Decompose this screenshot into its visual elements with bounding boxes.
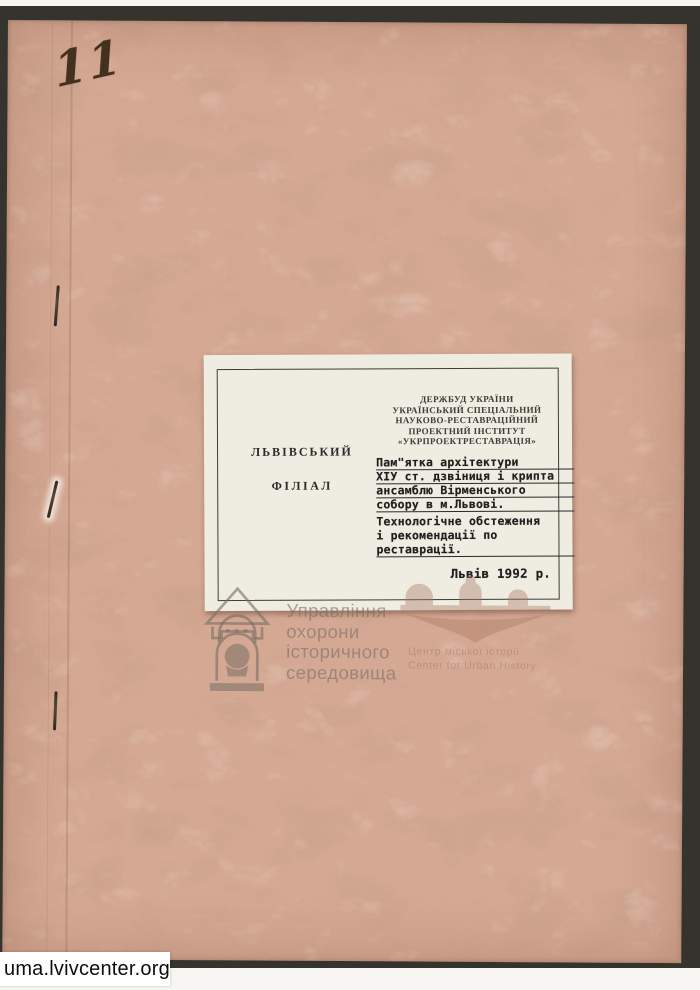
watermark-line: історичного — [286, 642, 397, 663]
handwritten-page-number: 11 — [51, 29, 125, 99]
scanned-archive-cover: 11 ЛЬВІВСЬКИЙ ФІЛІАЛ ДЕРЖБУД УКРАЇНИ УКР… — [0, 0, 700, 990]
staple — [53, 691, 58, 730]
fold-crease-faint — [46, 20, 53, 959]
header-line: ПРОЕКТНИЙ ІНСТИТУТ — [372, 425, 562, 436]
lion-tower-emblem-icon — [202, 586, 273, 694]
fold-crease — [65, 20, 73, 959]
church-silhouette-icon — [400, 572, 550, 643]
archive-url-badge: uma.lvivcenter.org — [0, 952, 170, 986]
watermark-urban-history: Центр міської історії Center for Urban H… — [400, 572, 561, 698]
watermark-heritage-text: Управління охорони історичного середовищ… — [286, 601, 397, 684]
folder-cover: 11 ЛЬВІВСЬКИЙ ФІЛІАЛ ДЕРЖБУД УКРАЇНИ УКР… — [2, 20, 687, 963]
staple — [54, 285, 60, 326]
watermark-line: Управління — [286, 601, 397, 622]
header-line: ДЕРЖБУД УКРАЇНИ — [372, 394, 562, 405]
header-line: НАУКОВО-РЕСТАВРАЦІЙНИЙ — [372, 415, 562, 426]
watermark-line: Центр міської історії — [408, 644, 536, 659]
archive-url-text: uma.lvivcenter.org — [4, 958, 170, 981]
document-title: Пам"ятка архітектури ХІУ ст. дзвіниця і … — [376, 456, 575, 582]
institute-header: ДЕРЖБУД УКРАЇНИ УКРАЇНСЬКИЙ СПЕЦІАЛЬНИЙ … — [372, 394, 562, 447]
watermark-line: Center for Urban History — [408, 658, 536, 673]
branch-name: ЛЬВІВСЬКИЙ ФІЛІАЛ — [232, 444, 372, 494]
title-line: і рекомендації по — [376, 529, 574, 544]
header-line: УКРАЇНСЬКИЙ СПЕЦІАЛЬНИЙ — [372, 404, 562, 415]
watermark-line: охорони — [286, 621, 397, 642]
branch-line: ЛЬВІВСЬКИЙ — [232, 444, 372, 460]
header-line: «УКРПРОЕКТРЕСТАВРАЦІЯ» — [372, 436, 562, 447]
title-line: реставрації. — [376, 543, 574, 558]
title-line: собору в м.Львові. — [376, 498, 574, 513]
watermark-urban-history-text: Центр міської історії Center for Urban H… — [408, 644, 536, 673]
branch-line: ФІЛІАЛ — [232, 478, 372, 494]
watermark-heritage-office: Управління охорони історичного середовищ… — [202, 586, 413, 712]
watermark-line: середовища — [286, 662, 397, 683]
